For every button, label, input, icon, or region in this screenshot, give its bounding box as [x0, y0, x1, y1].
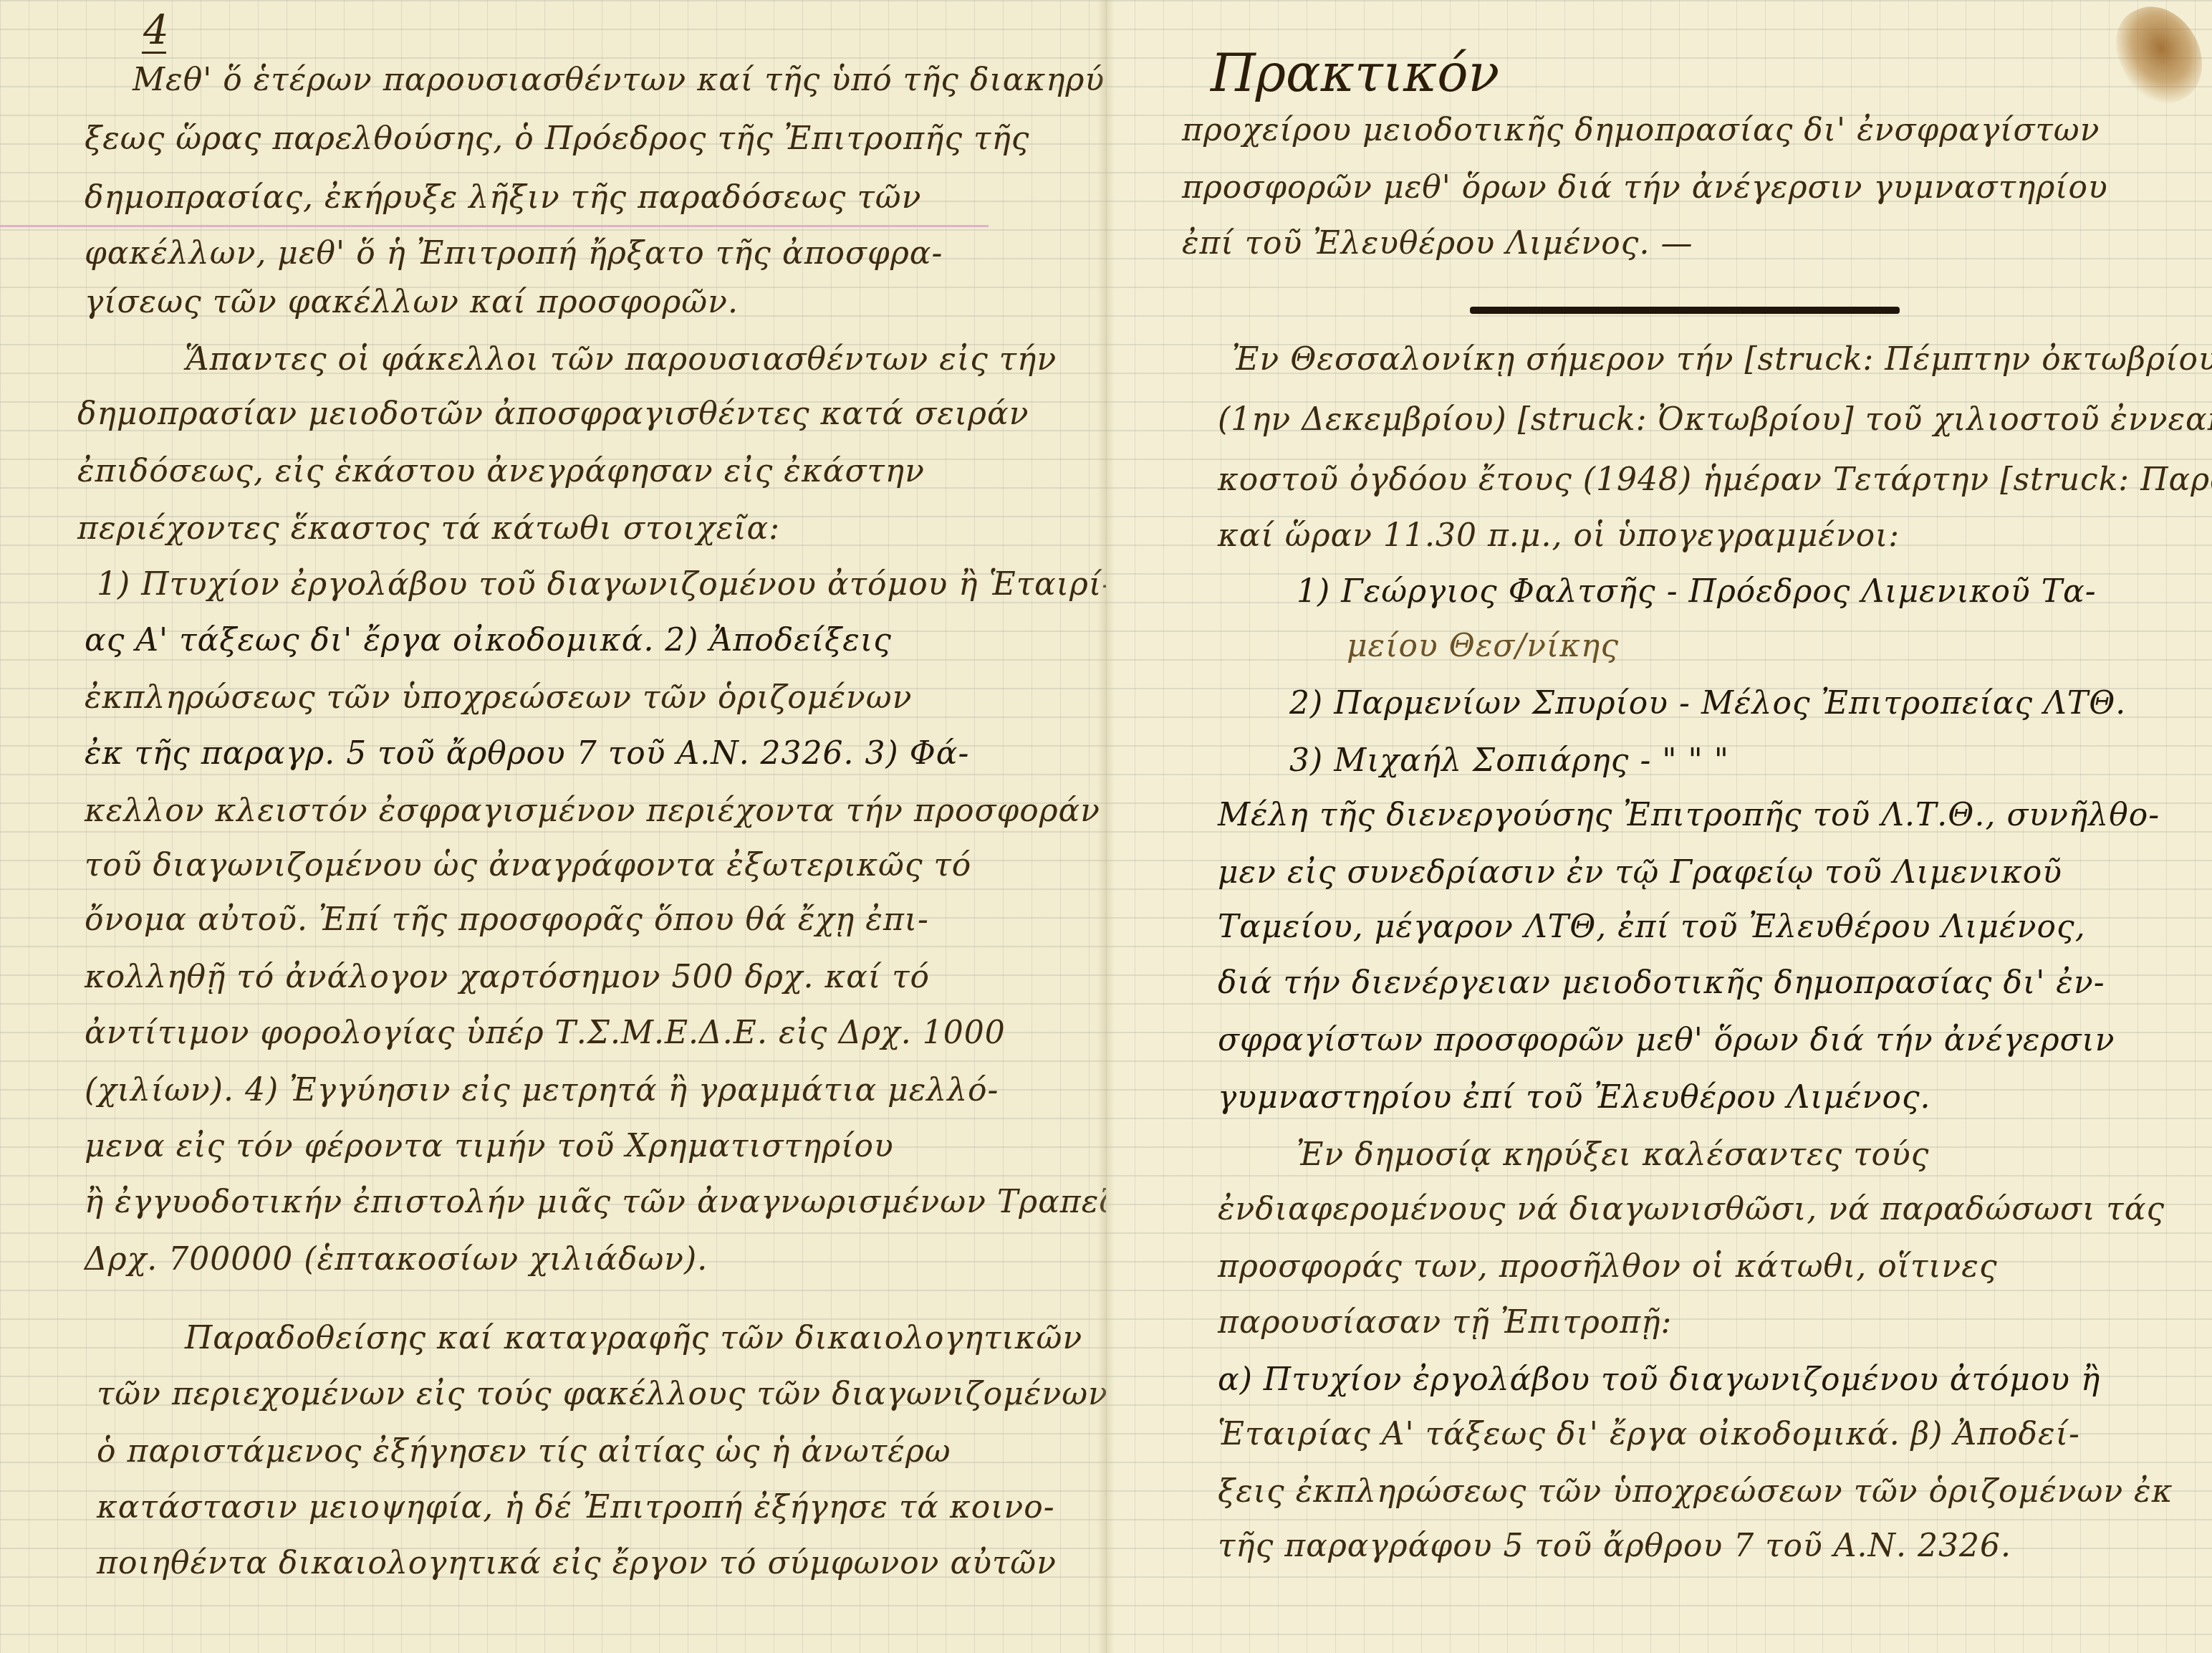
subtitle-line: προσφορῶν μεθ' ὅρων διά τήν ἀνέγερσιν γυ… [1182, 172, 2108, 203]
text-line: κοστοῦ ὀγδόου ἔτους (1948) ἡμέραν Τετάρτ… [1218, 464, 2212, 496]
text-line: ἐνδιαφερομένους νά διαγωνισθῶσι, νά παρα… [1218, 1194, 2165, 1225]
text-line: γίσεως τῶν φακέλλων καί προσφορῶν. [85, 287, 739, 318]
text-line: Μεθ' ὅ ἑτέρων παρουσιασθέντων καί τῆς ὑπ… [133, 64, 1116, 96]
text-line: Ἐν Θεσσαλονίκῃ σήμερον τήν [struck: Πέμπ… [1232, 344, 2212, 375]
text-line: (χιλίων). 4) Ἐγγύησιν εἰς μετρητά ἢ γραμ… [85, 1075, 999, 1106]
text-line: ὁ παριστάμενος ἐξήγησεν τίς αἰτίας ὡς ἡ … [97, 1436, 951, 1467]
text-line: ξεως ὥρας παρελθούσης, ὁ Πρόεδρος τῆς Ἐπ… [85, 123, 1029, 155]
text-line: διά τήν διενέργειαν μειοδοτικῆς δημοπρασ… [1218, 967, 2105, 999]
text-line: Δρχ. 700000 (ἑπτακοσίων χιλιάδων). [85, 1244, 708, 1275]
text-line: κολληθῇ τό ἀνάλογον χαρτόσημον 500 δρχ. … [85, 962, 930, 993]
text-line: τοῦ διαγωνιζομένου ὡς ἀναγράφοντα ἐξωτερ… [85, 850, 971, 881]
text-line: 1) Γεώργιος Φαλτσῆς - Πρόεδρος Λιμενικοῦ… [1297, 576, 2097, 608]
text-line: ὄνομα αὐτοῦ. Ἐπί τῆς προσφορᾶς ὅπου θά ἔ… [85, 904, 929, 936]
text-line: προσφοράς των, προσῆλθον οἱ κάτωθι, οἵτι… [1218, 1251, 1998, 1283]
text-line: ἀντίτιμον φορολογίας ὑπέρ Τ.Σ.Μ.Ε.Δ.Ε. ε… [85, 1017, 1006, 1049]
text-line: μενα εἰς τόν φέροντα τιμήν τοῦ Χρηματιστ… [85, 1131, 894, 1162]
text-line: ας Α' τάξεως δι' ἔργα οἰκοδομικά. 2) Ἀπο… [85, 625, 892, 656]
text-line: φακέλλων, μεθ' ὅ ἡ Ἐπιτροπή ἤρξατο τῆς ἀ… [85, 238, 943, 269]
text-line: κατάστασιν μειοψηφία, ἡ δέ Ἐπιτροπή ἐξήγ… [97, 1492, 1055, 1523]
text-line: τῆς παραγράφου 5 τοῦ ἄρθρου 7 τοῦ Α.Ν. 2… [1218, 1530, 2011, 1562]
subtitle-line: ἐπί τοῦ Ἐλευθέρου Λιμένος. — [1182, 228, 1693, 259]
text-line: ἐκ τῆς παραγρ. 5 τοῦ ἄρθρου 7 τοῦ Α.Ν. 2… [85, 738, 969, 770]
subtitle-line: προχείρου μειοδοτικῆς δημοπρασίας δι' ἐν… [1182, 115, 2100, 146]
text-line: (1ην Δεκεμβρίου) [struck: Ὀκτωβρίου] τοῦ… [1218, 404, 2212, 436]
text-line: μεν εἰς συνεδρίασιν ἐν τῷ Γραφείῳ τοῦ Λι… [1218, 857, 2062, 888]
text-line: Ταμείου, μέγαρον ΛΤΘ, ἐπί τοῦ Ἐλευθέρου … [1218, 911, 2086, 943]
text-line: Παραδοθείσης καί καταγραφῆς τῶν δικαιολο… [185, 1323, 1082, 1354]
text-line: γυμναστηρίου ἐπί τοῦ Ἐλευθέρου Λιμένος. [1218, 1082, 1931, 1113]
text-line: παρουσίασαν τῇ Ἐπιτροπῇ: [1218, 1307, 1672, 1338]
page-number-underline [142, 52, 166, 54]
text-line: Μέλη τῆς διενεργούσης Ἐπιτροπῆς τοῦ Λ.Τ.… [1218, 800, 2160, 831]
text-line: δημοπρασίαν μειοδοτῶν ἀποσφραγισθέντες κ… [77, 398, 1029, 430]
text-line: δημοπρασίας, ἐκήρυξε λῆξιν τῆς παραδόσεω… [85, 182, 921, 214]
document-title: Πρακτικόν [1211, 43, 1499, 103]
text-line: Ἐν δημοσίᾳ κηρύξει καλέσαντες τούς [1297, 1139, 1929, 1171]
left-page: 4 Μεθ' ὅ ἑτέρων παρουσιασθέντων καί τῆς … [0, 0, 1106, 1653]
text-line: 1) Πτυχίον ἐργολάβου τοῦ διαγωνιζομένου … [97, 569, 1113, 600]
text-line: ἐπιδόσεως, εἰς ἑκάστου ἀνεγράφησαν εἰς ἐ… [77, 456, 925, 487]
text-line: τῶν περιεχομένων εἰς τούς φακέλλους τῶν … [97, 1379, 1108, 1410]
book-gutter [1097, 0, 1115, 1653]
title-underline [1470, 307, 1900, 314]
text-line: 2) Παρμενίων Σπυρίου - Μέλος Ἐπιτροπείας… [1289, 688, 2126, 719]
text-line: μείου Θεσ/νίκης [1347, 631, 1619, 662]
text-line: περιέχοντες ἕκαστος τά κάτωθι στοιχεῖα: [77, 513, 780, 545]
text-line: α) Πτυχίον ἐργολάβου τοῦ διαγωνιζομένου … [1218, 1364, 2100, 1396]
text-line: Ἅπαντες οἱ φάκελλοι τῶν παρουσιασθέντων … [185, 344, 1057, 375]
text-line: σφραγίστων προσφορῶν μεθ' ὅρων διά τήν ἀ… [1218, 1025, 2115, 1056]
text-line: 3) Μιχαήλ Σοπιάρης - " " " [1289, 745, 1729, 777]
margin-rule [0, 225, 989, 227]
text-line: ποιηθέντα δικαιολογητικά εἰς ἔργον τό σύ… [97, 1548, 1057, 1579]
text-line: κελλον κλειστόν ἐσφραγισμένον περιέχοντα… [85, 795, 1100, 827]
text-line: ἐκπληρώσεως τῶν ὑποχρεώσεων τῶν ὁριζομέν… [85, 682, 912, 714]
text-line: Ἑταιρίας Α' τάξεως δι' ἔργα οἰκοδομικά. … [1218, 1419, 2080, 1450]
text-line: καί ὥραν 11.30 π.μ., οἱ ὑπογεγραμμένοι: [1218, 520, 1900, 552]
text-line: ξεις ἐκπληρώσεως τῶν ὑποχρεώσεων τῶν ὁρι… [1218, 1476, 2173, 1508]
text-line: ἢ ἐγγυοδοτικήν ἐπιστολήν μιᾶς τῶν ἀναγνω… [85, 1187, 1163, 1218]
page-number: 4 [143, 7, 169, 54]
